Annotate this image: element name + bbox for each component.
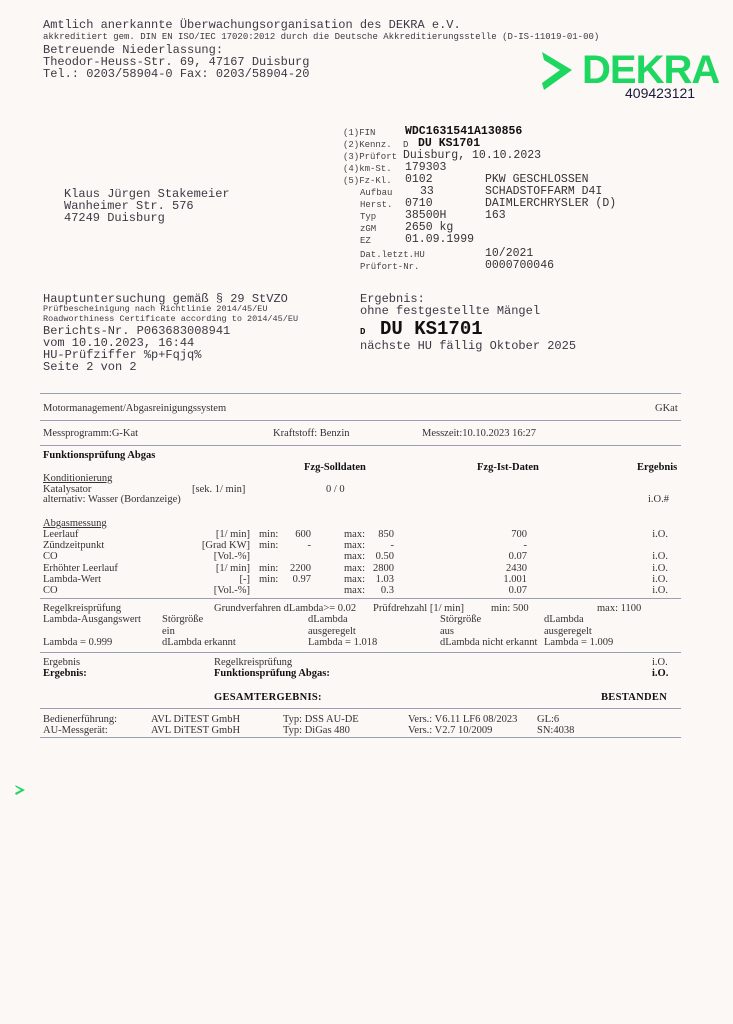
section-title: Motormanagement/Abgasreinigungssystem (43, 403, 226, 414)
plate-number: DU KS1701 (380, 318, 483, 340)
loop-col2: Störgröße (162, 614, 203, 625)
loop-col5: ausgeregelt (544, 626, 592, 637)
summary-label: Ergebnis (43, 657, 80, 668)
gas-max: 2800 (373, 563, 394, 574)
logo-number: 409423121 (625, 85, 695, 101)
gas-unit: [Vol.-%] (214, 585, 250, 596)
fin-label: (1)FIN (343, 128, 375, 138)
cond-unit: [sek. 1/ min] (192, 484, 245, 495)
loop-method: Grundverfahren dLambda>= 0.02 (214, 603, 356, 614)
measure-time: Messzeit:10.10.2023 16:27 (422, 428, 536, 439)
loop-col5: dLambda (544, 614, 584, 625)
divider (40, 652, 681, 653)
gas-name: Erhöhter Leerlauf (43, 563, 118, 574)
gas-min: 0.97 (293, 574, 311, 585)
cond-result: i.O.# (648, 494, 669, 505)
gas-name: Zündzeitpunkt (43, 540, 104, 551)
gas-ist: 0.07 (509, 551, 527, 562)
loop-col5: Lambda = 1.009 (544, 637, 613, 648)
gas-result: i.O. (652, 585, 668, 596)
loop-col1: Lambda-Ausgangswert (43, 614, 141, 625)
typ-text: 163 (485, 209, 506, 222)
summary-label: Ergebnis: (43, 668, 87, 679)
gas-unit: [-] (240, 574, 251, 585)
loop-title: Regelkreisprüfung (43, 603, 121, 614)
branch-phone: Tel.: 0203/58904-0 Fax: 0203/58904-20 (43, 68, 309, 81)
gas-max: - (391, 540, 395, 551)
summary-item: Regelkreisprüfung (214, 657, 292, 668)
gas-name: Leerlauf (43, 529, 79, 540)
loop-col4: dLambda nicht erkannt (440, 637, 537, 648)
aufbau-label: Aufbau (360, 188, 392, 198)
gas-min-label: min: (259, 574, 278, 585)
device-maker: AVL DiTEST GmbH (151, 725, 240, 736)
test-title: Funktionsprüfung Abgas (43, 450, 155, 461)
loop-col1: Lambda = 0.999 (43, 637, 112, 648)
device-extra: SN:4038 (537, 725, 574, 736)
summary-result: i.O. (652, 657, 668, 668)
loop-col3: Lambda = 1.018 (308, 637, 377, 648)
loop-col4: aus (440, 626, 454, 637)
overall-result: BESTANDEN (601, 692, 667, 703)
ez-value: 01.09.1999 (405, 233, 474, 246)
plate-prefix: D (360, 327, 365, 337)
gas-unit: [1/ min] (216, 563, 250, 574)
gas-result: i.O. (652, 529, 668, 540)
overall-label: GESAMTERGEBNIS: (214, 692, 322, 703)
gas-max-label: max: (344, 540, 365, 551)
gas-unit: [Vol.-%] (214, 551, 250, 562)
loop-rpm-max: max: 1100 (597, 603, 641, 614)
divider (40, 445, 681, 446)
fuel-type: Kraftstoff: Benzin (273, 428, 350, 439)
cond-name: alternativ: Wasser (Bordanzeige) (43, 494, 181, 505)
loop-col2: dLambda erkannt (162, 637, 236, 648)
pruefort-label: (3)Prüfort (343, 152, 397, 162)
report-page: Seite 2 von 2 (43, 361, 137, 374)
cond-soll: 0 / 0 (326, 484, 345, 495)
accreditation: akkreditiert gem. DIN EN ISO/IEC 17020:2… (43, 32, 599, 43)
kennz-label: (2)Kennz. (343, 140, 392, 150)
result-text: ohne festgestellte Mängel (360, 305, 540, 318)
gas-result: i.O. (652, 551, 668, 562)
loop-col4: Störgröße (440, 614, 481, 625)
gas-ist: - (524, 540, 528, 551)
device-version: Vers.: V6.11 LF6 08/2023 (408, 714, 517, 725)
col-istdaten: Fzg-Ist-Daten (477, 462, 539, 473)
gas-max-label: max: (344, 529, 365, 540)
device-maker: AVL DiTEST GmbH (151, 714, 240, 725)
dekra-margin-mark-icon (14, 784, 26, 796)
report-sub1: Prüfbescheinigung nach Richtlinie 2014/4… (43, 304, 267, 314)
gas-min-label: min: (259, 563, 278, 574)
gas-max-label: max: (344, 563, 365, 574)
device-version: Vers.: V2.7 10/2009 (408, 725, 492, 736)
gas-result: i.O. (652, 563, 668, 574)
gas-max: 850 (378, 529, 394, 540)
letzt-hu-label: Dat.letzt.HU (360, 250, 425, 260)
device-role: Bedienerführung: (43, 714, 117, 725)
gas-min-label: min: (259, 529, 278, 540)
loop-rpm-label: Prüfdrehzahl [1/ min] (373, 603, 464, 614)
divider (40, 393, 681, 394)
gas-ist: 1.001 (503, 574, 527, 585)
gas-max-label: max: (344, 551, 365, 562)
gas-result: i.O. (652, 574, 668, 585)
gas-name: Lambda-Wert (43, 574, 101, 585)
gas-unit: [Grad KW] (202, 540, 250, 551)
pruefort-nr-value: 0000700046 (485, 259, 554, 272)
gas-ist: 700 (511, 529, 527, 540)
summary-result: i.O. (652, 668, 668, 679)
fzkl-label: (5)Fz-Kl. (343, 176, 392, 186)
section-code: GKat (655, 403, 678, 414)
dekra-logo: DEKRA 409423121 (538, 48, 708, 103)
typ-label: Typ (360, 212, 376, 222)
gas-max: 0.50 (376, 551, 394, 562)
loop-col3: dLambda (308, 614, 348, 625)
gas-heading: Abgasmessung (43, 518, 107, 529)
recipient-city: 47249 Duisburg (64, 212, 165, 225)
gas-max: 1.03 (376, 574, 394, 585)
gas-max-label: max: (344, 574, 365, 585)
herst-label: Herst. (360, 200, 392, 210)
loop-col2: ein (162, 626, 175, 637)
dekra-arrow-icon (538, 50, 576, 92)
device-role: AU-Messgerät: (43, 725, 108, 736)
summary-item: Funktionsprüfung Abgas: (214, 668, 330, 679)
divider (40, 598, 681, 599)
gas-unit: [1/ min] (216, 529, 250, 540)
measure-program: Messprogramm:G-Kat (43, 428, 138, 439)
col-ergebnis: Ergebnis (637, 462, 677, 473)
loop-rpm-min: min: 500 (491, 603, 529, 614)
zgm-label: zGM (360, 224, 376, 234)
gas-min-label: min: (259, 540, 278, 551)
gas-name: CO (43, 585, 58, 596)
gas-max: 0.3 (381, 585, 394, 596)
device-extra: GL:6 (537, 714, 559, 725)
gas-min: 600 (295, 529, 311, 540)
loop-col3: ausgeregelt (308, 626, 356, 637)
pruefort-nr-label: Prüfort-Nr. (360, 262, 419, 272)
gas-min: 2200 (290, 563, 311, 574)
device-type: Typ: DSS AU-DE (283, 714, 359, 725)
gas-ist: 2430 (506, 563, 527, 574)
device-type: Typ: DiGas 480 (283, 725, 350, 736)
conditioning-heading: Konditionierung (43, 473, 112, 484)
divider (40, 708, 681, 709)
gas-ist: 0.07 (509, 585, 527, 596)
gas-name: CO (43, 551, 58, 562)
gas-max-label: max: (344, 585, 365, 596)
divider (40, 420, 681, 421)
ez-label: EZ (360, 236, 371, 246)
next-hu-due: nächste HU fällig Oktober 2025 (360, 340, 576, 353)
report-sub2: Roadworthiness Certificate according to … (43, 314, 298, 324)
org-line: Amtlich anerkannte Überwachungsorganisat… (43, 19, 461, 32)
gas-min: - (308, 540, 312, 551)
col-solldaten: Fzg-Solldaten (304, 462, 366, 473)
km-label: (4)km-St. (343, 164, 392, 174)
divider (40, 737, 681, 738)
